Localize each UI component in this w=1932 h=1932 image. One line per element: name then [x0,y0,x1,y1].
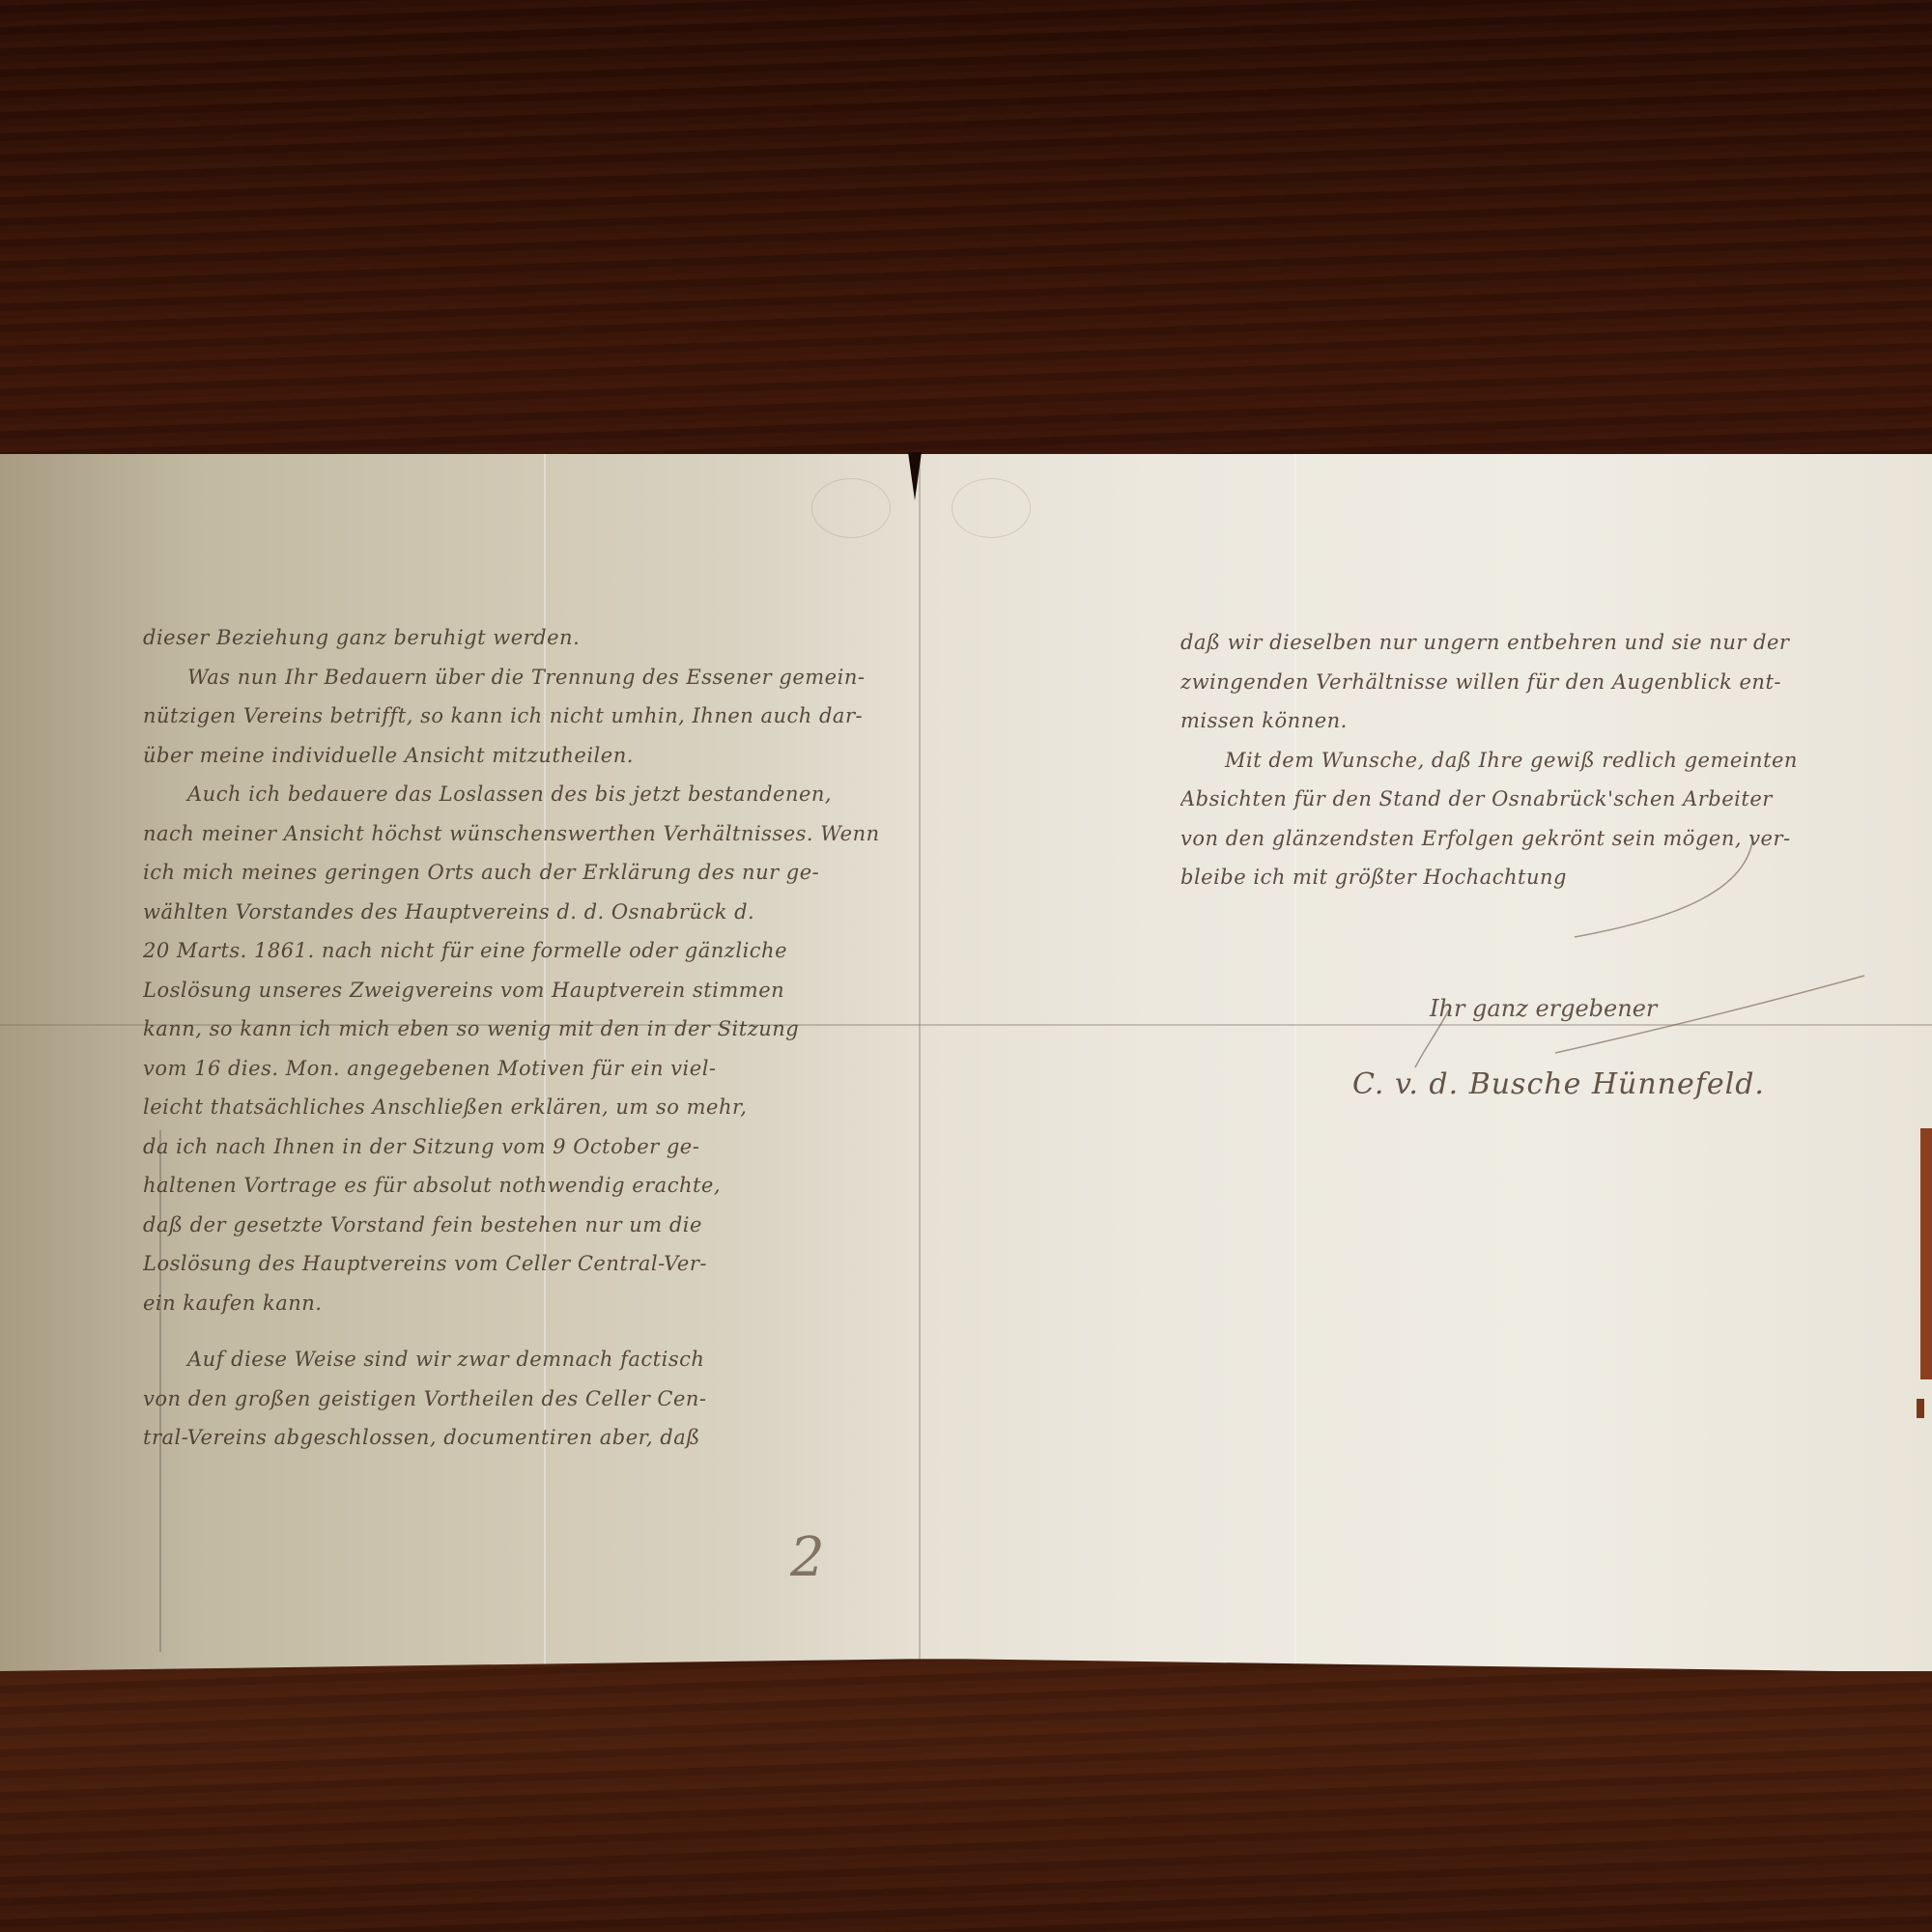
embossed-stamp-mark [952,478,1031,538]
text-line: Was nun Ihr Bedauern über die Trennung d… [143,658,916,697]
paper-edge-tear [1917,1399,1924,1418]
text-line: haltenen Vortrage es für absolut nothwen… [143,1166,916,1206]
text-line: da ich nach Ihnen in der Sitzung vom 9 O… [143,1127,916,1167]
text-line: zwingenden Verhältnisse willen für den A… [1180,663,1932,702]
text-line: daß der gesetzte Vorstand fein bestehen … [143,1206,916,1245]
center-fold-line [919,454,921,1671]
text-line: daß wir dieselben nur ungern entbehren u… [1180,623,1932,663]
text-line: dieser Beziehung ganz beruhigt werden. [143,618,916,658]
text-line: nützigen Vereins betrifft, so kann ich n… [143,696,916,736]
paper-notch-tear [908,452,922,500]
text-line: kann, so kann ich mich eben so wenig mit… [143,1009,916,1049]
text-line: leicht thatsächliches Anschließen erklär… [143,1088,916,1127]
text-line: vom 16 dies. Mon. angegebenen Motiven fü… [143,1049,916,1089]
letter-closing: Ihr ganz ergebener [1430,995,1657,1022]
text-line: Loslösung unseres Zweigvereins vom Haupt… [143,971,916,1010]
text-line: von den großen geistigen Vortheilen des … [143,1379,916,1419]
text-line: über meine individuelle Ansicht mitzuthe… [143,736,916,776]
text-line: bleibe ich mit größter Hochachtung [1180,858,1932,897]
text-line: missen können. [1180,701,1932,741]
text-line: tral-Vereins abgeschlossen, documentiren… [143,1418,916,1458]
text-line: Loslösung des Hauptvereins vom Celler Ce… [143,1244,916,1284]
text-line: ein kaufen kann. [143,1284,916,1323]
page-number-mark: 2 [790,1526,825,1589]
text-line: Auch ich bedauere das Loslassen des bis … [143,775,916,814]
text-line: Auf diese Weise sind wir zwar demnach fa… [143,1340,916,1379]
text-line: nach meiner Ansicht höchst wünschenswert… [143,814,916,854]
embossed-stamp-mark [811,478,891,538]
text-line: wählten Vorstandes des Hauptvereins d. d… [143,893,916,932]
paper-edge-tear [1920,1128,1932,1379]
pen-flourish [1565,831,1758,947]
text-line: Absichten für den Stand der Osnabrück'sc… [1180,780,1932,819]
text-line: von den glänzendsten Erfolgen gekrönt se… [1180,819,1932,859]
text-line: Mit dem Wunsche, daß Ihre gewiß redlich … [1180,741,1932,781]
right-page-text: daß wir dieselben nur ungern entbehren u… [1180,623,1932,897]
text-line: ich mich meines geringen Orts auch der E… [143,853,916,893]
signature: C. v. d. Busche Hünnefeld. [1352,1067,1765,1101]
signature-flourish [1410,971,1874,1077]
left-page-text: dieser Beziehung ganz beruhigt werden. W… [143,618,916,1458]
text-line: 20 Marts. 1861. nach nicht für eine form… [143,931,916,971]
